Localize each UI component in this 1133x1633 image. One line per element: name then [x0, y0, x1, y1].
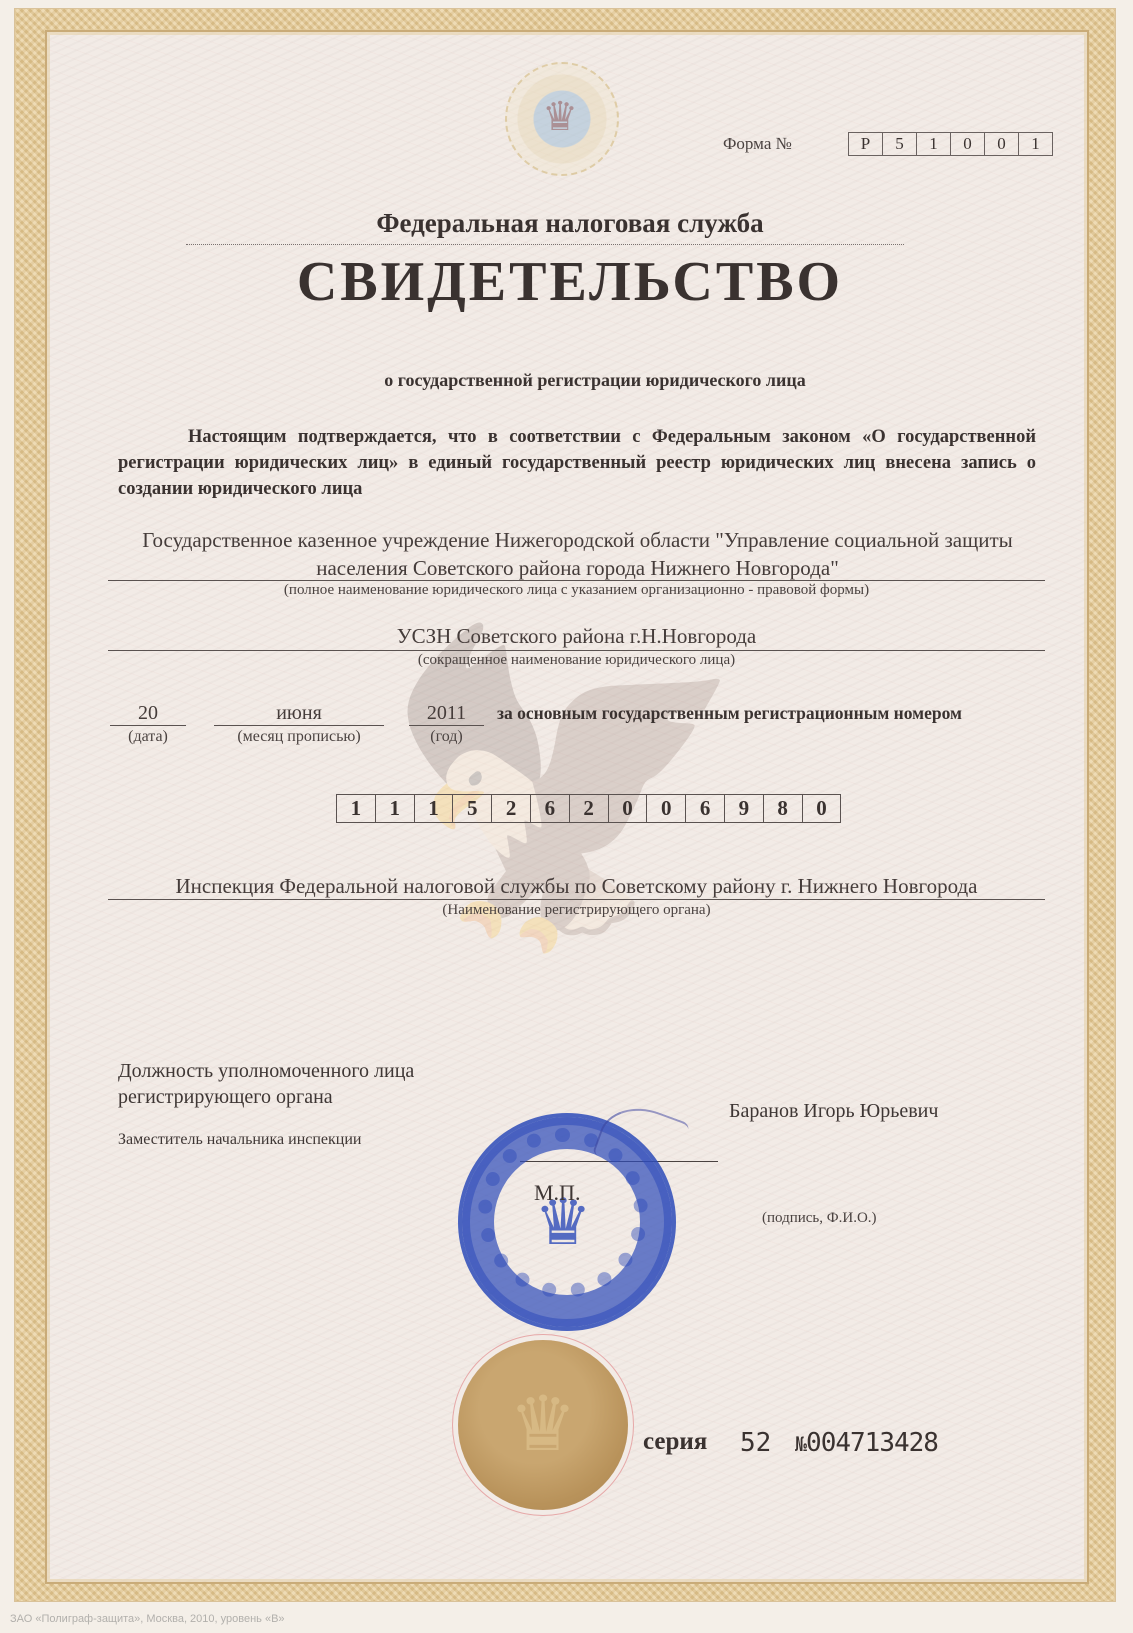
short-name-caption: (сокращенное наименование юридического л… [108, 652, 1045, 669]
ogrn-digit: 2 [492, 795, 531, 822]
registration-day: 20 [110, 702, 186, 725]
form-number-boxes: Р 5 1 0 0 1 [848, 132, 1053, 156]
document-title: СВИДЕТЕЛЬСТВО [180, 250, 960, 314]
ogrn-digit: 0 [609, 795, 648, 822]
year-rule [409, 725, 484, 726]
entity-full-name: Государственное казенное учреждение Ниже… [110, 526, 1045, 582]
ogrn-digit: 0 [803, 795, 841, 822]
form-code-char: 1 [1019, 133, 1052, 155]
number-sign: № [795, 1432, 806, 1456]
registering-authority-rule [108, 899, 1045, 900]
printer-note: ЗАО «Полиграф-защита», Москва, 2010, уро… [10, 1613, 285, 1625]
full-name-rule [108, 580, 1045, 581]
form-code-char: Р [849, 133, 883, 155]
ogrn-digit: 9 [725, 795, 764, 822]
agency-name: Федеральная налоговая служба [180, 208, 960, 239]
statement-paragraph: Настоящим подтверждается, что в соответс… [118, 424, 1036, 502]
ogrn-digit: 8 [764, 795, 803, 822]
ogrn-digit: 5 [453, 795, 492, 822]
ogrn-digit: 1 [415, 795, 454, 822]
statement-text: Настоящим подтверждается, что в соответс… [118, 427, 1036, 499]
month-rule [214, 725, 384, 726]
ogrn-digit: 1 [337, 795, 376, 822]
form-number-label: Форма № [723, 134, 792, 154]
signatory-position: Заместитель начальника инспекции [118, 1131, 361, 1149]
form-code-char: 0 [985, 133, 1019, 155]
ogrn-digit: 1 [376, 795, 415, 822]
ogrn-label: за основным государственным регистрацион… [497, 703, 962, 724]
position-label: Должность уполномоченного лица регистрир… [118, 1058, 428, 1110]
day-rule [110, 725, 186, 726]
gold-seal-eagle-icon: ♛ [490, 1375, 596, 1475]
series-label: серия [643, 1428, 707, 1456]
seal-place-mark: М.П. [534, 1180, 580, 1206]
short-name-rule [108, 650, 1045, 651]
entity-short-name: УСЗН Советского района г.Н.Новгорода [108, 622, 1045, 650]
ogrn-digit: 0 [647, 795, 686, 822]
hologram-eagle-icon: ♛ [538, 92, 582, 142]
ogrn-digit: 6 [531, 795, 570, 822]
signatory-name: Баранов Игорь Юрьевич [729, 1100, 938, 1123]
agency-divider [186, 244, 904, 245]
form-code-char: 5 [883, 133, 917, 155]
ogrn-digit: 6 [686, 795, 725, 822]
series-value: 52 [740, 1428, 771, 1458]
form-code-char: 0 [951, 133, 985, 155]
ogrn-number-boxes: 1 1 1 5 2 6 2 0 0 6 9 8 0 [336, 794, 841, 823]
document-subtitle: о государственной регистрации юридическо… [100, 370, 1090, 391]
full-name-caption: (полное наименование юридического лица с… [108, 582, 1045, 599]
registration-year: 2011 [409, 702, 484, 725]
form-code-char: 1 [917, 133, 951, 155]
registering-authority-name: Инспекция Федеральной налоговой службы п… [108, 872, 1045, 900]
registration-month: июня [214, 702, 384, 725]
month-caption: (месяц прописью) [214, 728, 384, 746]
signature-caption: (подпись, Ф.И.О.) [762, 1210, 877, 1227]
certificate-number: №004713428 [795, 1428, 938, 1458]
day-caption: (дата) [110, 728, 186, 746]
registering-authority-caption: (Наименование регистрирующего органа) [108, 902, 1045, 919]
certificate-number-value: 004713428 [806, 1428, 938, 1458]
ogrn-digit: 2 [570, 795, 609, 822]
year-caption: (год) [409, 728, 484, 746]
